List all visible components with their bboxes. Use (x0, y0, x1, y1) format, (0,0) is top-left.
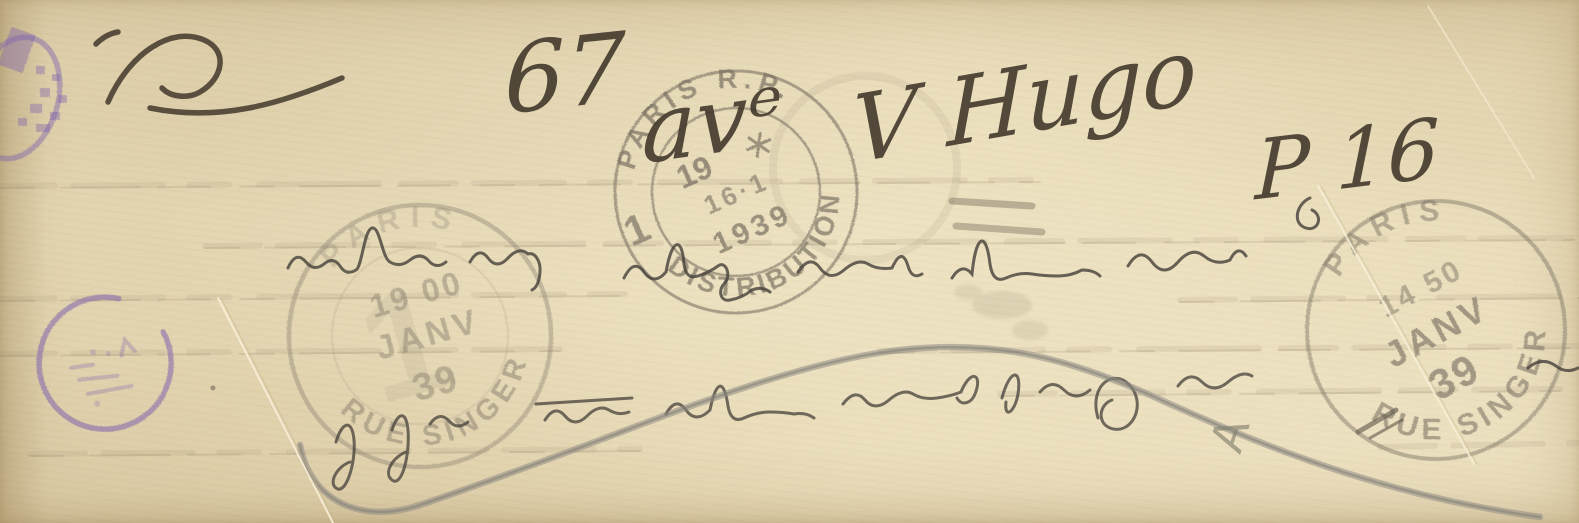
ink-dot (211, 386, 216, 391)
purple-oval-partial (0, 27, 73, 169)
handwriting-paraph (96, 32, 342, 113)
purple-circle-cachet (22, 280, 188, 446)
street-abbrev: avᵉ (642, 57, 783, 185)
house-number: 67 (504, 11, 626, 136)
sorting-letter: A (1200, 412, 1260, 459)
addressee-name: V Hugo (853, 16, 1197, 185)
envelope-back-scan: 1 PARIS RUE SINGER 19 00 JANV 39 PARIS R… (0, 0, 1579, 523)
scan-artwork: 1 PARIS RUE SINGER 19 00 JANV 39 PARIS R… (0, 0, 1579, 523)
